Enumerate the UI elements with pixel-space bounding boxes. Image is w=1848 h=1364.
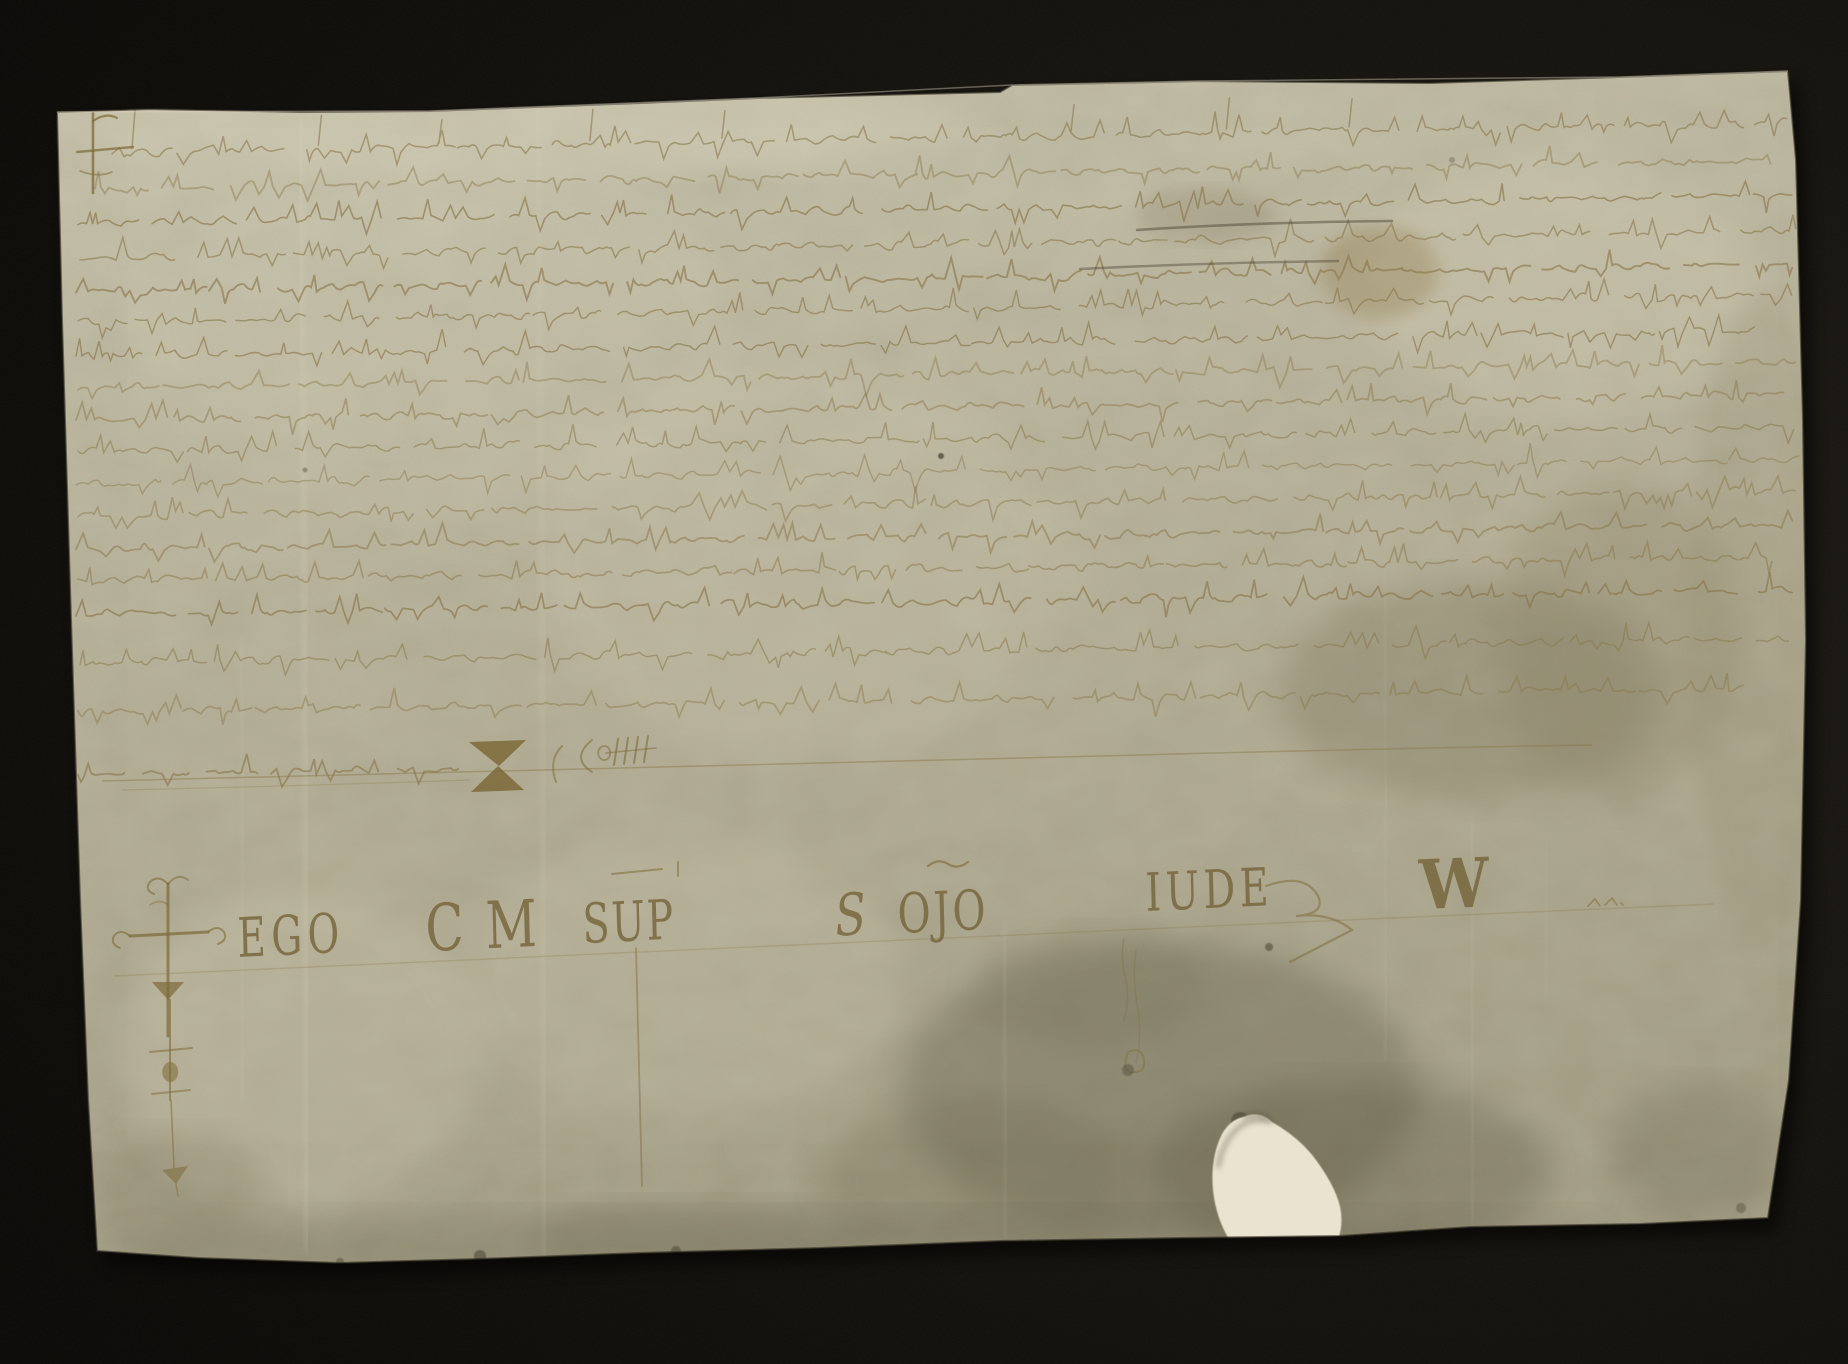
signature-sup: SUP [582, 889, 676, 957]
signature-cm: CM [424, 884, 559, 966]
signature-s: S [833, 881, 868, 950]
parchment-sheet: EGO CM SUP S OJO IUDE W [40, 50, 1830, 1290]
parchment-surface: EGO CM SUP S OJO IUDE W [40, 50, 1830, 1290]
scene-canvas: EGO CM SUP S OJO IUDE W [0, 0, 1848, 1364]
signature-ego: EGO [237, 902, 346, 971]
signature-w: W [1417, 844, 1491, 926]
signature-ojo: OJO [897, 879, 989, 947]
signature-iude: IUDE [1145, 858, 1274, 925]
parchment-charter-photo: EGO CM SUP S OJO IUDE W [0, 0, 1848, 1364]
